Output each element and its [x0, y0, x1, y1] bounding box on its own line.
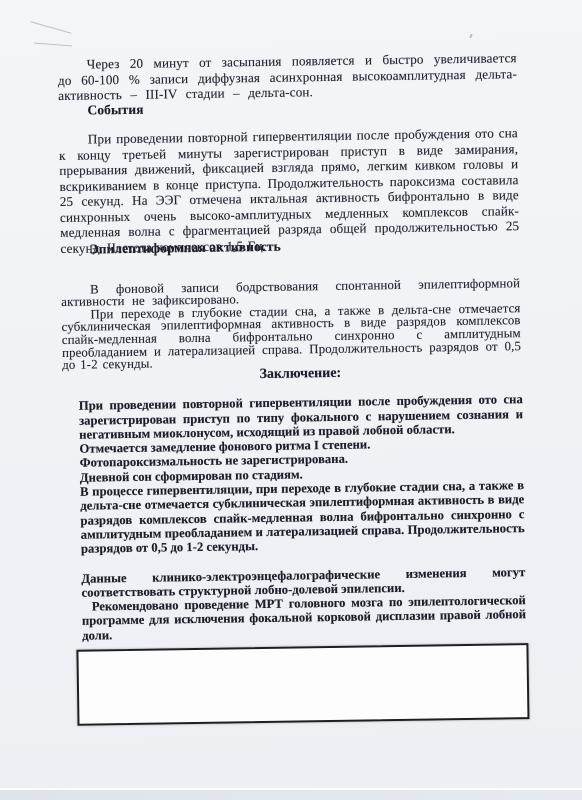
epileptiform-paragraph-2: При переходе в глубокие стадии сна, а та…	[61, 302, 521, 372]
conclusion-paragraph-1: При проведении повторной гипервентиляции…	[79, 392, 524, 441]
conclusion-section: Заключение: При проведении повторной гип…	[78, 364, 526, 643]
scanned-page: Через 20 минут от засыпания появляется и…	[0, 0, 582, 800]
document-sheet: Через 20 минут от засыпания появляется и…	[0, 0, 582, 800]
scan-bottom-edge	[0, 790, 582, 800]
conclusion-paragraph-5: В процессе гипервентиляции, при переходе…	[80, 478, 525, 556]
signature-stamp-box	[76, 643, 529, 726]
conclusion-paragraph-7: Рекомендовано проведение МРТ головного м…	[82, 593, 527, 642]
intro-paragraph: Через 20 минут от засыпания появляется и…	[58, 50, 518, 103]
